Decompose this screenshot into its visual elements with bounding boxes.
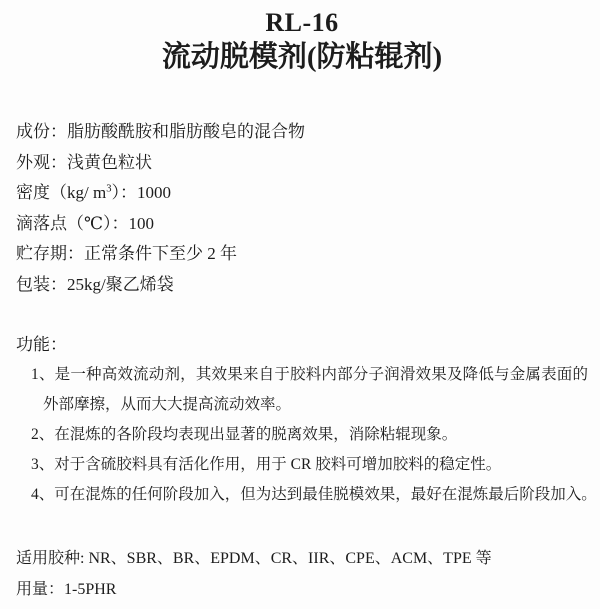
function-item-4: 4、可在混炼的任何阶段加入，但为达到最佳脱模效果，最好在混炼最后阶段加入。 bbox=[16, 480, 588, 510]
specs-section: 成份：脂肪酸酰胺和脂肪酸皂的混合物 外观：浅黄色粒状 密度（kg/ m3）：10… bbox=[16, 117, 588, 300]
function-item-1-text: 是一种高效流动剂，其效果来自于胶料内部分子润滑效果及降低与金属表面的外部摩擦，从… bbox=[43, 366, 588, 413]
function-item-4-text: 可在混炼的任何阶段加入，但为达到最佳脱模效果，最好在混炼最后阶段加入。 bbox=[54, 486, 597, 503]
doc-header: RL-16 流动脱模剂(防粘辊剂) bbox=[16, 0, 588, 76]
spec-packaging: 包装：25kg/聚乙烯袋 bbox=[16, 270, 588, 301]
functions-heading: 功能： bbox=[16, 330, 588, 360]
datasheet-page: RL-16 流动脱模剂(防粘辊剂) 成份：脂肪酸酰胺和脂肪酸皂的混合物 外观：浅… bbox=[0, 0, 600, 609]
product-name-title: 流动脱模剂(防粘辊剂) bbox=[16, 39, 588, 76]
function-item-3: 3、对于含硫胶料具有活化作用，用于 CR 胶料可增加胶料的稳定性。 bbox=[16, 450, 588, 480]
spec-drop-point: 滴落点（℃）：100 bbox=[16, 209, 588, 240]
functions-section: 功能： 1、是一种高效流动剂，其效果来自于胶料内部分子润滑效果及降低与金属表面的… bbox=[16, 330, 588, 510]
function-item-2-number: 2、 bbox=[31, 426, 54, 443]
function-item-2-text: 在混炼的各阶段均表现出显著的脱离效果，消除粘辊现象。 bbox=[54, 426, 457, 443]
function-item-3-text: 对于含硫胶料具有活化作用，用于 CR 胶料可增加胶料的稳定性。 bbox=[54, 456, 501, 473]
function-item-3-number: 3、 bbox=[31, 456, 54, 473]
spec-density-suffix: ）：1000 bbox=[111, 183, 171, 202]
function-item-1-number: 1、 bbox=[31, 366, 55, 383]
product-code-title: RL-16 bbox=[16, 7, 588, 39]
function-item-1: 1、是一种高效流动剂，其效果来自于胶料内部分子润滑效果及降低与金属表面的外部摩擦… bbox=[16, 360, 588, 420]
dosage-line: 用量：1-5PHR bbox=[16, 574, 588, 605]
spec-density: 密度（kg/ m3）：1000 bbox=[16, 178, 588, 209]
applicable-rubbers-line: 适用胶种: NR、SBR、BR、EPDM、CR、IIR、CPE、ACM、TPE … bbox=[16, 543, 588, 574]
function-item-4-number: 4、 bbox=[31, 486, 54, 503]
spec-storage-life: 贮存期：正常条件下至少 2 年 bbox=[16, 239, 588, 270]
application-section: 适用胶种: NR、SBR、BR、EPDM、CR、IIR、CPE、ACM、TPE … bbox=[16, 543, 588, 605]
function-item-2: 2、在混炼的各阶段均表现出显著的脱离效果，消除粘辊现象。 bbox=[16, 420, 588, 450]
spec-appearance: 外观：浅黄色粒状 bbox=[16, 148, 588, 179]
spec-density-prefix: 密度（kg/ m bbox=[16, 183, 106, 202]
spec-composition: 成份：脂肪酸酰胺和脂肪酸皂的混合物 bbox=[16, 117, 588, 148]
